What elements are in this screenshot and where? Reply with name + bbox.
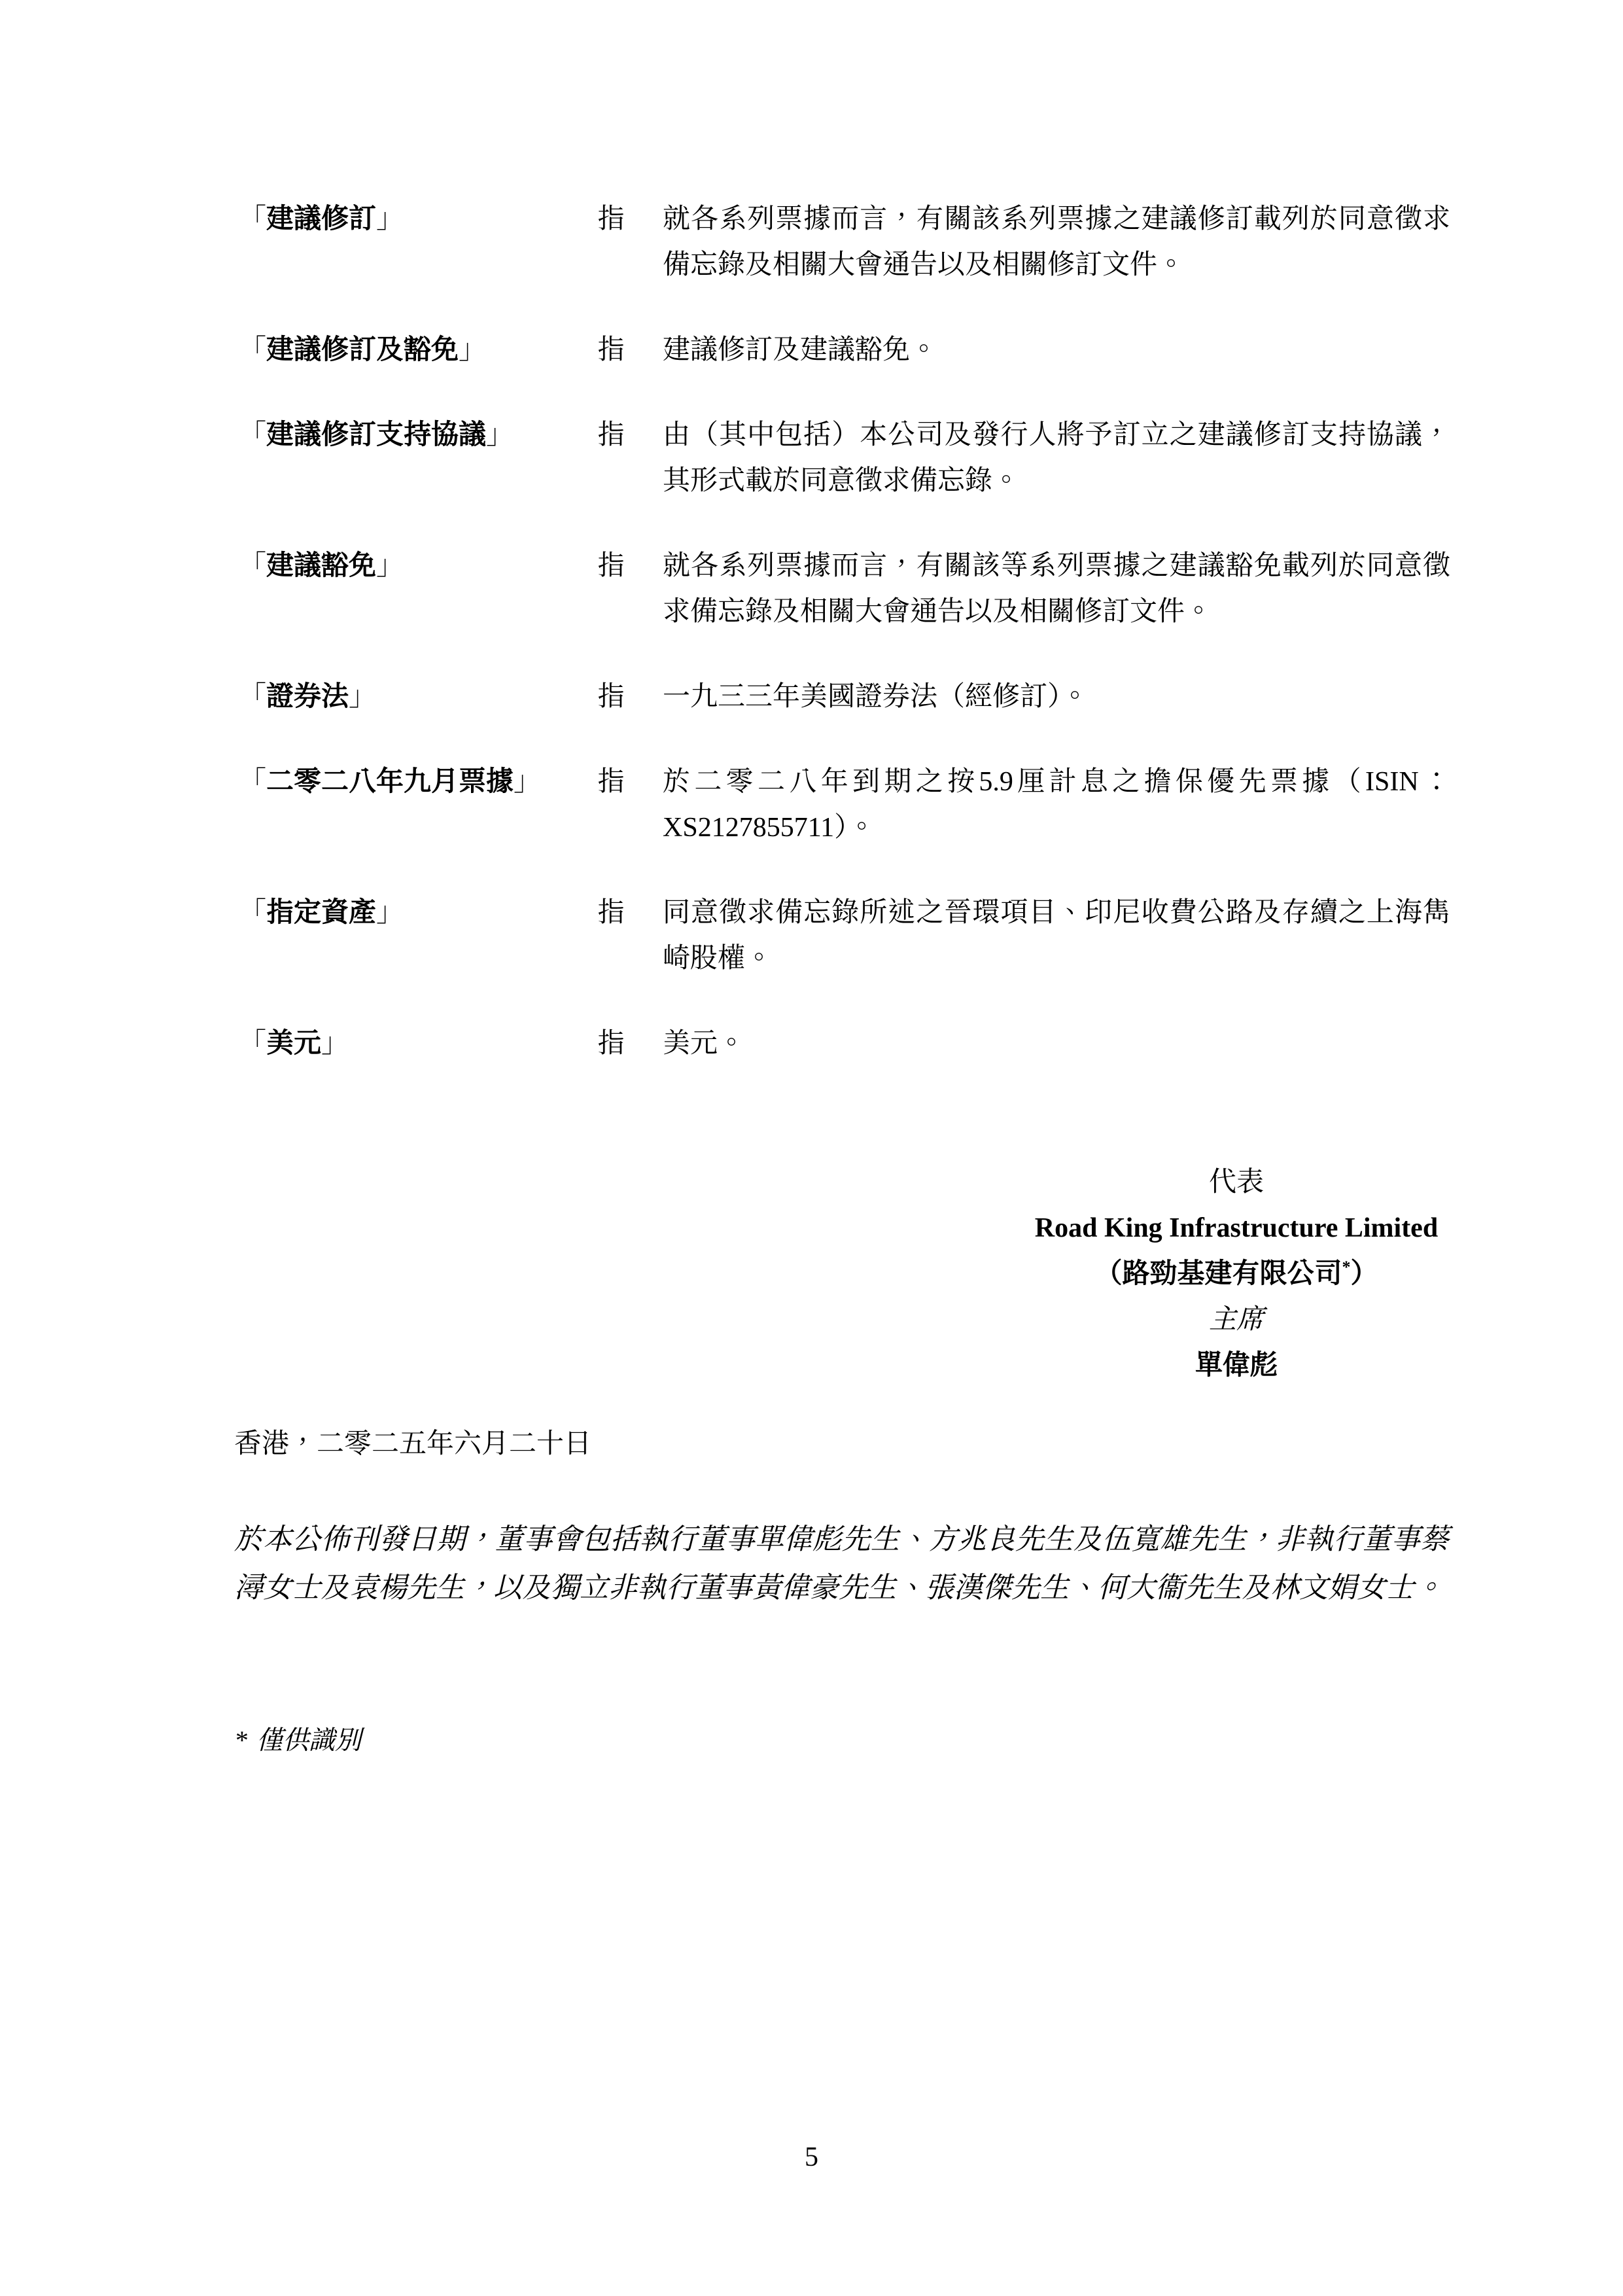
term-text: 建議修訂及豁免 bbox=[266, 335, 459, 365]
close-bracket: 」 bbox=[349, 682, 376, 712]
term-text: 建議豁免 bbox=[266, 551, 376, 581]
company-name-chinese: （路勁基建有限公司*） bbox=[942, 1251, 1531, 1297]
term-label: 「二零二八年九月票據」 bbox=[239, 759, 597, 805]
page-number: 5 bbox=[0, 2141, 1623, 2174]
signer-title: 主席 bbox=[942, 1297, 1531, 1343]
open-bracket: 「 bbox=[239, 335, 266, 365]
close-bracket: 」 bbox=[321, 1029, 349, 1059]
definition-text: 於二零二八年到期之按5.9厘計息之擔保優先票據（ISIN：XS212785571… bbox=[663, 759, 1450, 851]
on-behalf-of-label: 代表 bbox=[942, 1159, 1531, 1205]
definition-row: 「建議豁免」 指 就各系列票據而言，有關該等系列票據之建議豁免載列於同意徵求備忘… bbox=[239, 543, 1450, 635]
company-name-english: Road King Infrastructure Limited bbox=[942, 1205, 1531, 1251]
close-bracket: 」 bbox=[486, 420, 514, 450]
definition-text: 就各系列票據而言，有關該系列票據之建議修訂載列於同意徵求備忘錄及相關大會通告以及… bbox=[663, 196, 1450, 288]
open-bracket: 「 bbox=[239, 551, 266, 581]
close-bracket: 」 bbox=[514, 767, 541, 797]
definition-text: 同意徵求備忘錄所述之晉環項目、印尼收費公路及存續之上海雋崎股權。 bbox=[663, 890, 1450, 981]
ref-connector: 指 bbox=[597, 543, 663, 589]
ref-connector: 指 bbox=[597, 327, 663, 373]
term-label: 「建議修訂」 bbox=[239, 196, 597, 242]
close-bracket: 」 bbox=[459, 335, 486, 365]
open-bracket: 「 bbox=[239, 898, 266, 928]
open-bracket: 「 bbox=[239, 1029, 266, 1059]
term-text: 建議修訂 bbox=[266, 204, 376, 234]
open-bracket: 「 bbox=[239, 420, 266, 450]
definition-text: 美元。 bbox=[663, 1021, 1450, 1067]
definition-row: 「美元」 指 美元。 bbox=[239, 1021, 1450, 1067]
term-text: 美元 bbox=[266, 1029, 321, 1059]
term-label: 「建議豁免」 bbox=[239, 543, 597, 589]
term-text: 二零二八年九月票據 bbox=[266, 767, 514, 797]
place-and-date: 香港，二零二五年六月二十日 bbox=[234, 1421, 591, 1467]
definition-text: 就各系列票據而言，有關該等系列票據之建議豁免載列於同意徵求備忘錄及相關大會通告以… bbox=[663, 543, 1450, 635]
term-label: 「指定資產」 bbox=[239, 890, 597, 936]
term-label: 「建議修訂支持協議」 bbox=[239, 412, 597, 458]
close-bracket: 」 bbox=[376, 898, 404, 928]
close-bracket: 」 bbox=[376, 204, 404, 234]
footnote: *僅供識別 bbox=[234, 1721, 361, 1760]
footnote-text: 僅供識別 bbox=[256, 1725, 361, 1755]
term-label: 「證券法」 bbox=[239, 674, 597, 720]
company-zh-close-paren: ） bbox=[1351, 1259, 1378, 1289]
term-label: 「建議修訂及豁免」 bbox=[239, 327, 597, 373]
ref-connector: 指 bbox=[597, 196, 663, 242]
definitions-list: 「建議修訂」 指 就各系列票據而言，有關該系列票據之建議修訂載列於同意徵求備忘錄… bbox=[239, 196, 1450, 1106]
term-label: 「美元」 bbox=[239, 1021, 597, 1067]
close-bracket: 」 bbox=[376, 551, 404, 581]
term-text: 建議修訂支持協議 bbox=[266, 420, 486, 450]
definition-text: 建議修訂及建議豁免。 bbox=[663, 327, 1450, 373]
open-bracket: 「 bbox=[239, 767, 266, 797]
board-composition-paragraph: 於本公佈刊發日期，董事會包括執行董事單偉彪先生、方兆良先生及伍寬雄先生，非執行董… bbox=[234, 1515, 1449, 1612]
definition-text: 一九三三年美國證券法（經修訂）。 bbox=[663, 674, 1450, 720]
open-bracket: 「 bbox=[239, 682, 266, 712]
ref-connector: 指 bbox=[597, 412, 663, 458]
definition-row: 「證券法」 指 一九三三年美國證券法（經修訂）。 bbox=[239, 674, 1450, 720]
definition-text: 由（其中包括）本公司及發行人將予訂立之建議修訂支持協議，其形式載於同意徵求備忘錄… bbox=[663, 412, 1450, 504]
ref-connector: 指 bbox=[597, 890, 663, 936]
footnote-marker: * bbox=[234, 1725, 247, 1755]
ref-connector: 指 bbox=[597, 1021, 663, 1067]
signer-name: 單偉彪 bbox=[942, 1343, 1531, 1388]
company-zh-text: （路勁基建有限公司 bbox=[1094, 1259, 1342, 1289]
definition-row: 「建議修訂支持協議」 指 由（其中包括）本公司及發行人將予訂立之建議修訂支持協議… bbox=[239, 412, 1450, 504]
definition-row: 「建議修訂」 指 就各系列票據而言，有關該系列票據之建議修訂載列於同意徵求備忘錄… bbox=[239, 196, 1450, 288]
identification-asterisk: * bbox=[1342, 1258, 1351, 1277]
ref-connector: 指 bbox=[597, 759, 663, 805]
ref-connector: 指 bbox=[597, 674, 663, 720]
open-bracket: 「 bbox=[239, 204, 266, 234]
term-text: 證券法 bbox=[266, 682, 349, 712]
signature-block: 代表 Road King Infrastructure Limited （路勁基… bbox=[942, 1159, 1531, 1388]
definition-row: 「建議修訂及豁免」 指 建議修訂及建議豁免。 bbox=[239, 327, 1450, 373]
definition-row: 「指定資產」 指 同意徵求備忘錄所述之晉環項目、印尼收費公路及存續之上海雋崎股權… bbox=[239, 890, 1450, 981]
definition-row: 「二零二八年九月票據」 指 於二零二八年到期之按5.9厘計息之擔保優先票據（IS… bbox=[239, 759, 1450, 851]
document-page: 「建議修訂」 指 就各系列票據而言，有關該系列票據之建議修訂載列於同意徵求備忘錄… bbox=[0, 0, 1623, 2296]
term-text: 指定資產 bbox=[266, 898, 376, 928]
